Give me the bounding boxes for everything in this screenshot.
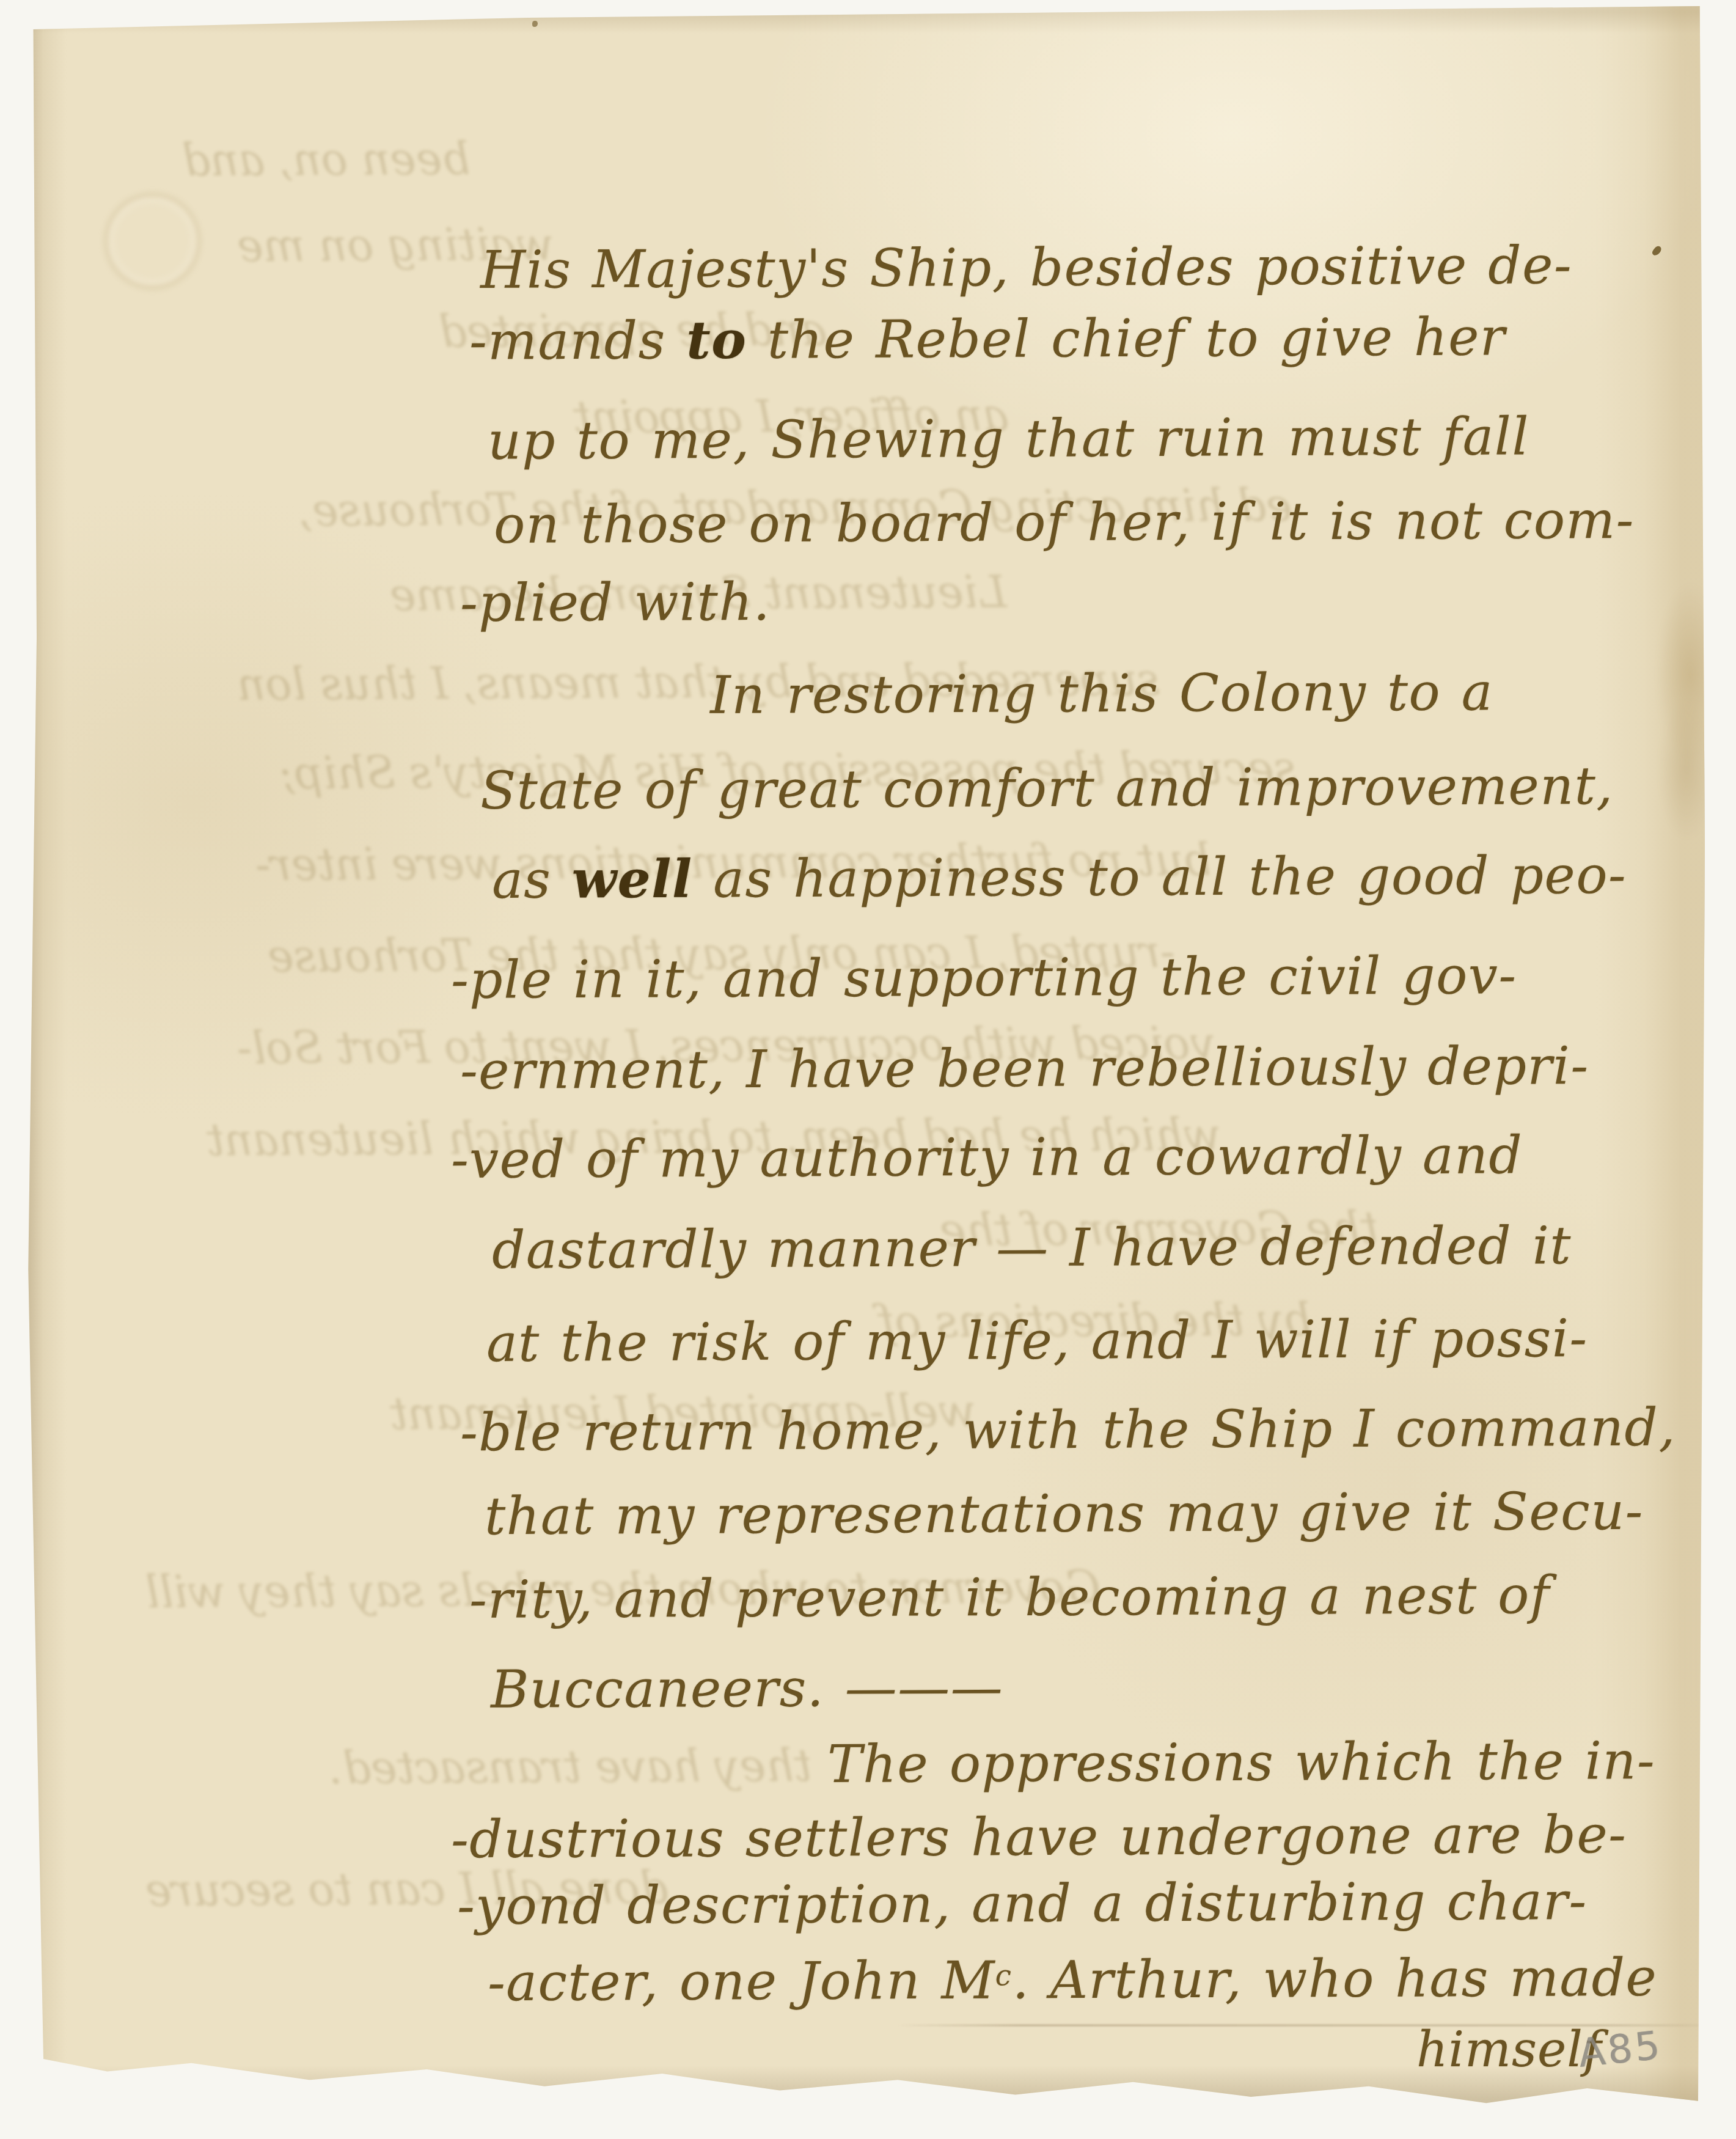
letter-line-11: -ved of my authority in a cowardly and [451, 1126, 1523, 1190]
letter-line-10: -ernment, I have been rebelliously depri… [460, 1036, 1589, 1101]
ink-speck [532, 21, 538, 27]
emphasized-word-well: well [572, 849, 693, 911]
edge-stain [1646, 581, 1720, 849]
line-2-start: -mands [469, 310, 687, 372]
catchword-himself: himself [1416, 2023, 1602, 2077]
crease-line [897, 2024, 1722, 2027]
bleedthrough-text: been on, and [182, 137, 471, 182]
letter-line-4: on those on board of her, if it is not c… [494, 491, 1635, 556]
bleedthrough-text: they have transacted. [329, 1744, 812, 1790]
letter-line-5: -plied with. [460, 573, 771, 634]
letter-line-19: -dustrious settlers have undergone are b… [451, 1805, 1627, 1870]
line-8-end: as happiness to all the good peo- [692, 845, 1627, 910]
ink-speck [1651, 244, 1663, 257]
letter-sheet: been on, and waiting on me and he appoin… [23, 6, 1705, 2111]
line-2-end: the Rebel chief to give her [747, 307, 1506, 370]
line-21-end: . Arthur, who has made [1012, 1948, 1657, 2011]
pencil-annotation: A85 [1577, 2026, 1664, 2074]
letter-line-13: at the risk of my life, and I will if po… [486, 1309, 1588, 1374]
paper-watermark [104, 193, 201, 290]
line-21-start: -acter, one John M [488, 1951, 995, 2014]
letter-line-18: The oppressions which the in- [827, 1731, 1656, 1795]
letter-line-6: In restoring this Colony to a [710, 662, 1493, 725]
letter-line-20: -yond description, and a disturbing char… [457, 1872, 1588, 1937]
scan-background: { "letter": { "lines": [ "His Majesty's … [0, 0, 1736, 2139]
letter-line-17: Buccaneers. ——— [491, 1658, 1004, 1720]
letter-line-12: dastardly manner — I have defended it [492, 1216, 1572, 1280]
letter-line-1: His Majesty's Ship, besides positive de- [480, 236, 1573, 301]
letter-line-7: State of great comfort and improvement, [480, 757, 1614, 821]
superscript-c: c [995, 1959, 1013, 1992]
line-8-start: as [492, 849, 572, 911]
letter-line-15: that my representations may give it Secu… [485, 1482, 1644, 1547]
letter-line-8: as well as happiness to all the good peo… [492, 846, 1627, 911]
letter-line-2: -mands to the Rebel chief to give her [469, 307, 1506, 372]
letter-line-9: -ple in it, and supporting the civil gov… [451, 946, 1517, 1010]
letter-line-3: up to me, Shewing that ruin must fall [488, 407, 1530, 471]
letter-line-14: -ble return home, with the Ship I comman… [460, 1398, 1676, 1463]
letter-line-16: -rity, and prevent it becoming a nest of [469, 1566, 1550, 1630]
letter-line-21: -acter, one John Mc. Arthur, who has mad… [488, 1948, 1658, 2013]
overwritten-word-to: to [686, 310, 747, 371]
